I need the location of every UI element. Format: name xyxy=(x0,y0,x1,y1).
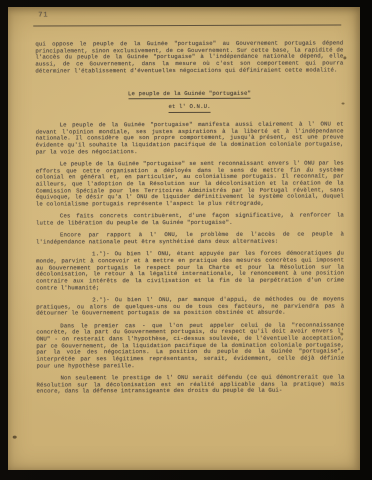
paragraph-alternative-2: 2.°)- Ou bien l' ONU, par manque d'appui… xyxy=(36,296,344,317)
section-heading: Le peuple de la Guinée "portugaise" et l… xyxy=(35,90,343,113)
page-content: 71 qui oppose le peuple de la Guinée "po… xyxy=(7,6,361,470)
paper-speck xyxy=(343,56,346,59)
page-number: 71 xyxy=(38,11,48,19)
paragraph: Le peuple de la Guinée "portugaise" se s… xyxy=(36,160,344,208)
paragraph: qui oppose le peuple de la Guinée "portu… xyxy=(35,40,343,75)
paper-speck xyxy=(340,332,343,335)
paragraph: Le peuple de la Guinée "portugaise" mani… xyxy=(36,121,344,156)
document-body: qui oppose le peuple de la Guinée "portu… xyxy=(35,40,344,401)
paper-speck xyxy=(337,253,339,255)
paragraph-alternative-1: 1.°)- Ou bien l' ONU, étant appuyée par … xyxy=(36,251,344,292)
paragraph: Ces faits concrets contribuèrent, d'une … xyxy=(36,213,344,227)
paper-speck xyxy=(308,167,310,169)
document-title: Le peuple de la Guinée "portugaise" xyxy=(35,90,343,100)
paper-speck xyxy=(342,102,345,104)
document-subtitle: et l' O.N.U. xyxy=(36,104,344,114)
paragraph: Encore par rapport à l' ONU, le problème… xyxy=(36,232,344,246)
document-page: 71 qui oppose le peuple de la Guinée "po… xyxy=(8,7,360,470)
title-text: Le peuple de la Guinée "portugaise" xyxy=(128,90,251,99)
paragraph: Dans le premier cas - que l'on peut appe… xyxy=(36,322,344,370)
paragraph: Non seulement le prestige de l' ONU sera… xyxy=(36,374,344,395)
paper-speck xyxy=(13,436,17,439)
subtitle-text: et l' O.N.U. xyxy=(168,104,210,113)
scanned-document-frame: 71 qui oppose le peuple de la Guinée "po… xyxy=(0,0,372,480)
header-rule xyxy=(33,24,341,26)
